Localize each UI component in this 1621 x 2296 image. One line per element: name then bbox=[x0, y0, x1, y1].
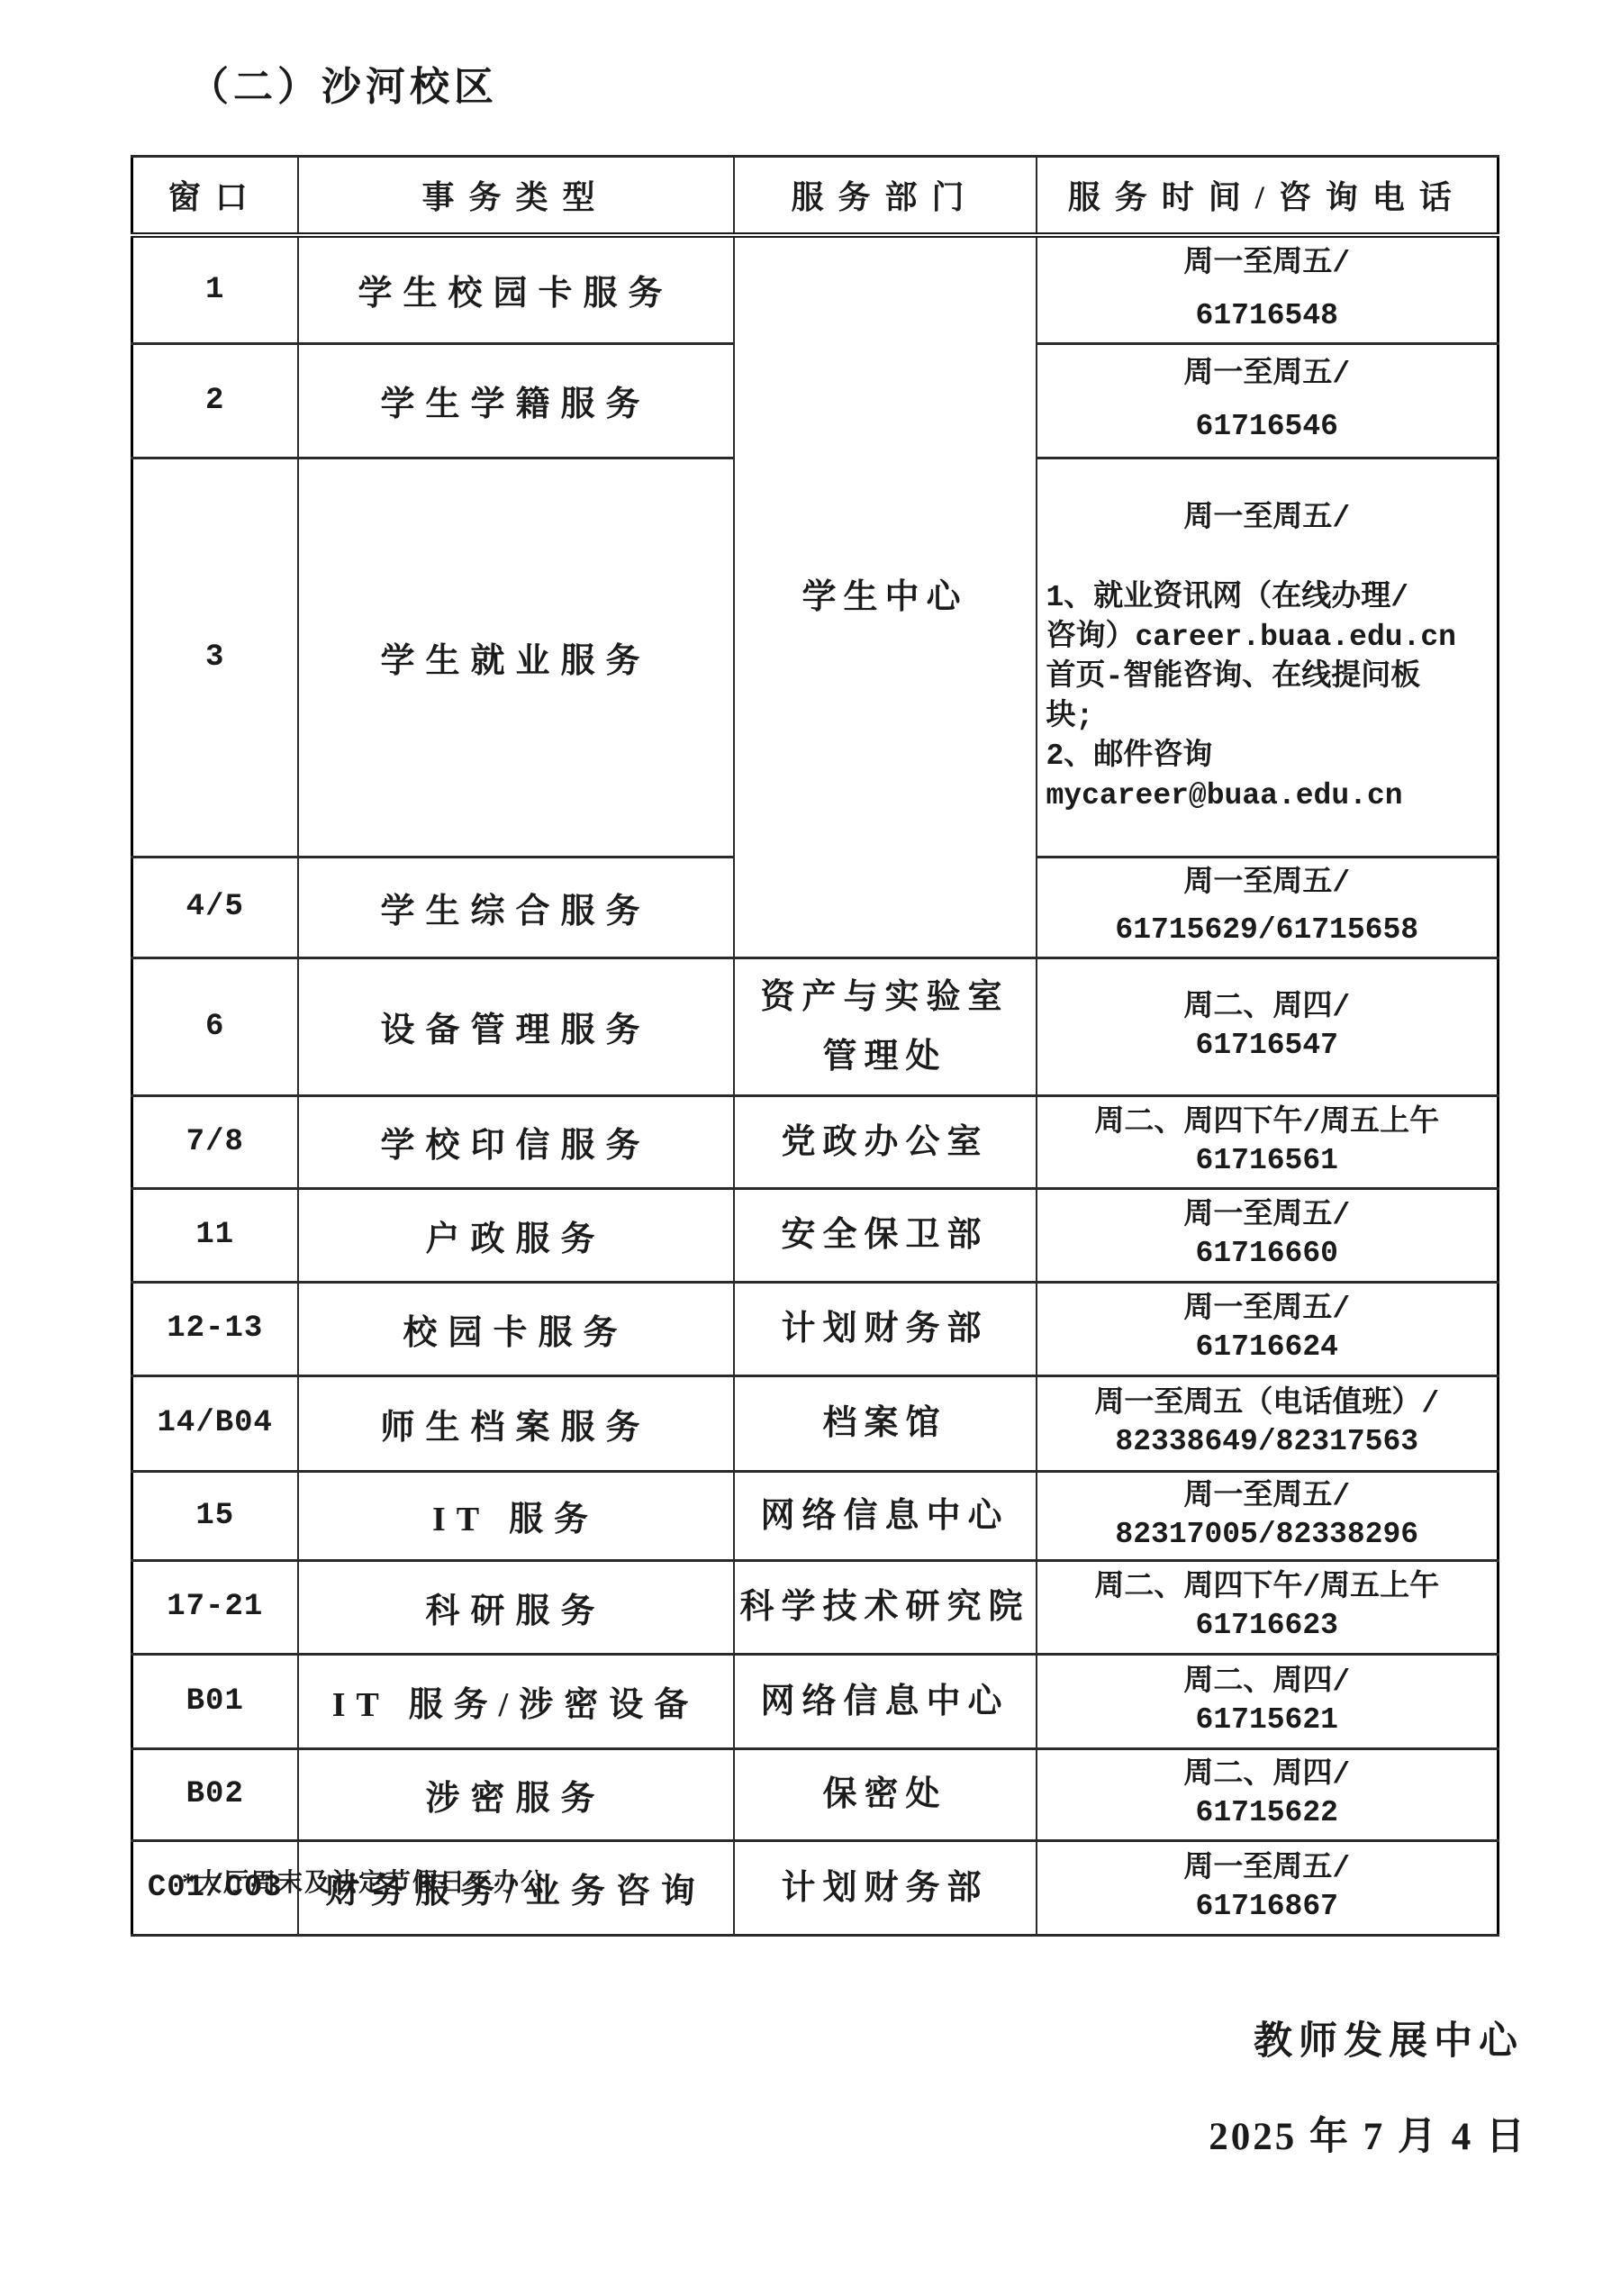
table-row: 11 户政服务 安全保卫部 周一至周五/ 61716660 bbox=[132, 1188, 1499, 1282]
department-cell: 网络信息中心 bbox=[734, 1654, 1037, 1748]
service-type-cell: 师生档案服务 bbox=[298, 1375, 734, 1471]
service-type-cell: IT 服务 bbox=[298, 1471, 734, 1560]
window-cell: 12-13 bbox=[132, 1282, 298, 1375]
table-row: 14/B04 师生档案服务 档案馆 周一至周五（电话值班）/ 82338649/… bbox=[132, 1375, 1499, 1471]
time-phone-cell: 周一至周五（电话值班）/ 82338649/82317563 bbox=[1037, 1375, 1499, 1471]
col-header-service-type: 事务类型 bbox=[298, 157, 734, 235]
service-window-table: 窗口 事务类型 服务部门 服务时间/咨询电话 1 学生校园卡服务 学生中心 周一… bbox=[131, 155, 1499, 1937]
department-cell: 学生中心 bbox=[734, 235, 1037, 958]
page-title: （二）沙河校区 bbox=[189, 54, 498, 112]
time-line: 周一至周五/ bbox=[1037, 499, 1498, 539]
service-type-cell: 户政服务 bbox=[298, 1188, 734, 1282]
department-cell: 计划财务部 bbox=[734, 1840, 1037, 1935]
window-cell: 7/8 bbox=[132, 1095, 298, 1188]
window-cell: 15 bbox=[132, 1471, 298, 1560]
window-cell: 4/5 bbox=[132, 857, 298, 957]
window-cell: B01 bbox=[132, 1654, 298, 1748]
table-row: 6 设备管理服务 资产与实验室 管理处 周二、周四/ 61716547 bbox=[132, 957, 1499, 1095]
service-type-cell: 学生校园卡服务 bbox=[298, 235, 734, 344]
department-cell: 计划财务部 bbox=[734, 1282, 1037, 1375]
table-row: 7/8 学校印信服务 党政办公室 周二、周四下午/周五上午 61716561 bbox=[132, 1095, 1499, 1188]
service-type-cell: 学校印信服务 bbox=[298, 1095, 734, 1188]
time-phone-cell: 周一至周五/ 82317005/82338296 bbox=[1037, 1471, 1499, 1560]
department-cell: 科学技术研究院 bbox=[734, 1560, 1037, 1654]
department-cell: 保密处 bbox=[734, 1748, 1037, 1840]
time-phone-cell: 周一至周五/ 61716867 bbox=[1037, 1840, 1499, 1935]
time-phone-cell: 周一至周五/ 1、就业资讯网（在线办理/ 咨询）career.buaa.edu.… bbox=[1037, 458, 1499, 857]
department-cell: 档案馆 bbox=[734, 1375, 1037, 1471]
service-type-cell: 设备管理服务 bbox=[298, 957, 734, 1095]
window-cell: B02 bbox=[132, 1748, 298, 1840]
time-phone-cell: 周二、周四/ 61716547 bbox=[1037, 957, 1499, 1095]
issuer-signature: 教师发展中心 bbox=[1254, 2010, 1524, 2065]
col-header-time-phone: 服务时间/咨询电话 bbox=[1037, 157, 1499, 235]
window-cell: 17-21 bbox=[132, 1560, 298, 1654]
table-row: 15 IT 服务 网络信息中心 周一至周五/ 82317005/82338296 bbox=[132, 1471, 1499, 1560]
time-phone-cell: 周二、周四下午/周五上午 61716623 bbox=[1037, 1560, 1499, 1654]
col-header-window: 窗口 bbox=[132, 157, 298, 235]
table-body: 1 学生校园卡服务 学生中心 周一至周五/ 61716548 2 学生学籍服务 … bbox=[132, 235, 1499, 1936]
service-type-cell: 科研服务 bbox=[298, 1560, 734, 1654]
time-phone-cell: 周一至周五/ 61715629/61715658 bbox=[1037, 857, 1499, 957]
time-phone-cell: 周一至周五/ 61716660 bbox=[1037, 1188, 1499, 1282]
service-type-cell: 学生综合服务 bbox=[298, 857, 734, 957]
department-cell: 网络信息中心 bbox=[734, 1471, 1037, 1560]
time-phone-cell: 周二、周四/ 61715621 bbox=[1037, 1654, 1499, 1748]
time-phone-cell: 周二、周四/ 61715622 bbox=[1037, 1748, 1499, 1840]
table-row: 17-21 科研服务 科学技术研究院 周二、周四下午/周五上午 61716623 bbox=[132, 1560, 1499, 1654]
table-footnote: *大厅周末及法定节假日不办公 bbox=[182, 1863, 548, 1899]
service-type-cell: 校园卡服务 bbox=[298, 1282, 734, 1375]
window-cell: 6 bbox=[132, 957, 298, 1095]
window-cell: 2 bbox=[132, 343, 298, 458]
table-header: 窗口 事务类型 服务部门 服务时间/咨询电话 bbox=[132, 157, 1499, 235]
window-cell: 1 bbox=[132, 235, 298, 344]
time-phone-cell: 周一至周五/ 61716546 bbox=[1037, 343, 1499, 458]
header-row: 窗口 事务类型 服务部门 服务时间/咨询电话 bbox=[132, 157, 1499, 235]
department-cell: 安全保卫部 bbox=[734, 1188, 1037, 1282]
table-row: B02 涉密服务 保密处 周二、周四/ 61715622 bbox=[132, 1748, 1499, 1840]
window-cell: 3 bbox=[132, 458, 298, 857]
table-row: 12-13 校园卡服务 计划财务部 周一至周五/ 61716624 bbox=[132, 1282, 1499, 1375]
time-phone-cell: 周二、周四下午/周五上午 61716561 bbox=[1037, 1095, 1499, 1188]
service-type-cell: 学生就业服务 bbox=[298, 458, 734, 857]
service-type-cell: 涉密服务 bbox=[298, 1748, 734, 1840]
service-type-cell: IT 服务/涉密设备 bbox=[298, 1654, 734, 1748]
department-cell: 党政办公室 bbox=[734, 1095, 1037, 1188]
time-phone-cell: 周一至周五/ 61716548 bbox=[1037, 235, 1499, 344]
col-header-department: 服务部门 bbox=[734, 157, 1037, 235]
table-row: B01 IT 服务/涉密设备 网络信息中心 周二、周四/ 61715621 bbox=[132, 1654, 1499, 1748]
window-cell: 11 bbox=[132, 1188, 298, 1282]
table-row: 1 学生校园卡服务 学生中心 周一至周五/ 61716548 bbox=[132, 235, 1499, 344]
window-cell: 14/B04 bbox=[132, 1375, 298, 1471]
service-type-cell: 学生学籍服务 bbox=[298, 343, 734, 458]
time-phone-cell: 周一至周五/ 61716624 bbox=[1037, 1282, 1499, 1375]
issue-date: 2025 年 7 月 4 日 bbox=[1209, 2106, 1527, 2161]
department-cell: 资产与实验室 管理处 bbox=[734, 957, 1037, 1095]
time-detail: 1、就业资讯网（在线办理/ 咨询）career.buaa.edu.cn 首页-智… bbox=[1037, 578, 1498, 816]
